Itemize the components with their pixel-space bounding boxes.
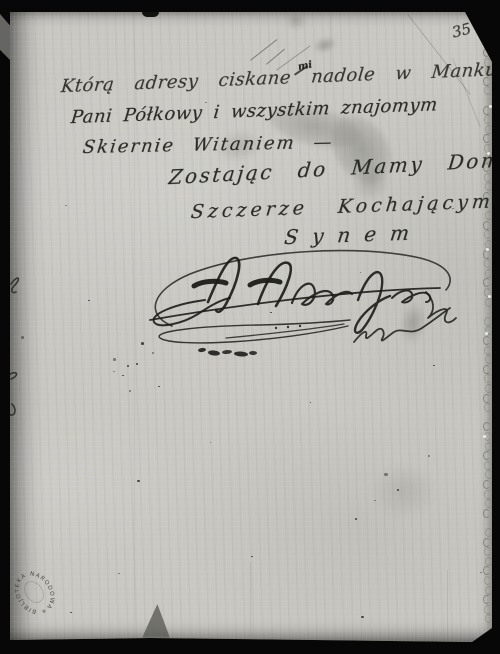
stitch-mark (483, 566, 490, 575)
stitch-mark (485, 384, 492, 393)
ink-speck (158, 386, 160, 387)
stitch-mark (485, 528, 492, 537)
ink-speck (251, 556, 253, 557)
stitch-mark (484, 317, 491, 326)
ink-speck (433, 365, 435, 366)
stamp-text: ✳ BIBLJOTEKA NARODOWA (7, 564, 64, 623)
pinhole-dot (488, 295, 491, 298)
stitch-mark (483, 336, 490, 345)
stitch-mark (484, 259, 491, 268)
ink-speck (384, 473, 388, 476)
ink-speck (355, 518, 357, 520)
adjacent-page-ink-marks (10, 252, 24, 432)
pinhole-dot (485, 332, 488, 335)
stitch-mark (483, 480, 490, 489)
stitch-mark (485, 269, 492, 278)
ink-speck (397, 489, 399, 491)
stitch-mark (484, 547, 491, 556)
ink-speck (88, 300, 90, 301)
ink-speck (361, 616, 364, 618)
ink-speck (137, 480, 140, 482)
stitch-mark (484, 230, 491, 239)
scanned-manuscript-screenshot: { "page": { "background_color": "#070707… (0, 0, 500, 654)
stitch-mark (483, 48, 490, 57)
pinhole-dot (489, 105, 492, 108)
ink-stain (312, 35, 339, 55)
paper-fold-line (250, 562, 251, 642)
ink-speck (428, 455, 430, 457)
ink-speck (113, 358, 116, 361)
ink-speck (127, 365, 129, 367)
stitch-mark (485, 499, 492, 508)
stitch-mark (483, 509, 490, 518)
ink-speck (118, 573, 120, 574)
stitch-mark (484, 634, 491, 643)
stitch-mark (483, 365, 490, 374)
paper-fold-line (447, 570, 448, 640)
pinhole-dot (487, 152, 490, 155)
ink-speck (374, 500, 376, 501)
manuscript-line: Szczerze Kochającym (190, 190, 495, 223)
scan-edge-artifact (0, 14, 10, 60)
stitch-mark (485, 614, 492, 623)
stitch-mark (485, 298, 492, 307)
stitch-mark (483, 192, 490, 201)
stitch-mark (483, 278, 490, 287)
manuscript-page: 35 Którą adresy ciskane nadole w Mankusz… (10, 12, 492, 642)
pen-scratch (266, 49, 285, 65)
stitch-mark (483, 451, 490, 460)
stitch-mark (483, 134, 490, 143)
ink-speck (152, 352, 154, 354)
ink-stain (372, 464, 436, 518)
ink-speck (136, 363, 138, 365)
stitch-mark (484, 490, 491, 499)
manuscript-line: Którą adresy ciskane nadole w Mankusza (60, 58, 500, 97)
stitch-mark (484, 115, 491, 124)
ink-speck (129, 390, 131, 392)
stitch-mark (484, 173, 491, 182)
signature-flourish (130, 248, 470, 366)
stitch-mark (485, 586, 492, 595)
ink-speck (122, 375, 124, 376)
ink-stain (286, 10, 306, 30)
paper-edge-notch (142, 11, 159, 17)
ink-speck (65, 205, 67, 206)
stitch-mark (483, 394, 490, 403)
svg-text:✳ BIBLJOTEKA NARODOWA: ✳ BIBLJOTEKA NARODOWA (7, 564, 64, 623)
stitch-mark (484, 346, 491, 355)
stitch-mark (485, 442, 492, 451)
stitch-mark (484, 576, 491, 585)
stitch-mark (483, 77, 490, 86)
ink-speck (210, 442, 211, 443)
pinhole-dot (488, 50, 491, 53)
manuscript-line: Pani Półkowy i wszystkim znajomym (70, 94, 439, 128)
ink-speck (310, 402, 311, 403)
stitch-mark (484, 58, 491, 67)
stitch-mark (484, 86, 491, 95)
pinhole-dot (486, 248, 489, 251)
ink-speck (70, 612, 72, 613)
manuscript-line: Skiernie Witaniem — (81, 132, 334, 158)
library-stamp: ✳ BIBLJOTEKA NARODOWA (4, 561, 64, 623)
ink-speck (480, 572, 482, 573)
stitch-mark (484, 374, 491, 383)
stitch-mark (483, 595, 490, 604)
stitch-mark (485, 470, 492, 479)
stitch-mark (484, 605, 491, 614)
stitch-mark (485, 557, 492, 566)
ink-speck (21, 336, 24, 339)
stitch-mark (485, 211, 492, 220)
stitch-mark (483, 538, 490, 547)
stitch-mark (483, 221, 490, 230)
stitch-mark (485, 355, 492, 364)
ink-speck (141, 342, 144, 345)
paper-edge-shadow (142, 604, 170, 638)
stitch-mark (485, 125, 492, 134)
manuscript-line: Synem (283, 220, 425, 249)
stitch-mark (483, 422, 490, 431)
ink-speck (113, 371, 115, 372)
pinhole-dot (483, 435, 486, 438)
page-number: 35 (450, 19, 473, 41)
stitch-mark (484, 403, 491, 412)
stitch-mark (484, 461, 491, 470)
